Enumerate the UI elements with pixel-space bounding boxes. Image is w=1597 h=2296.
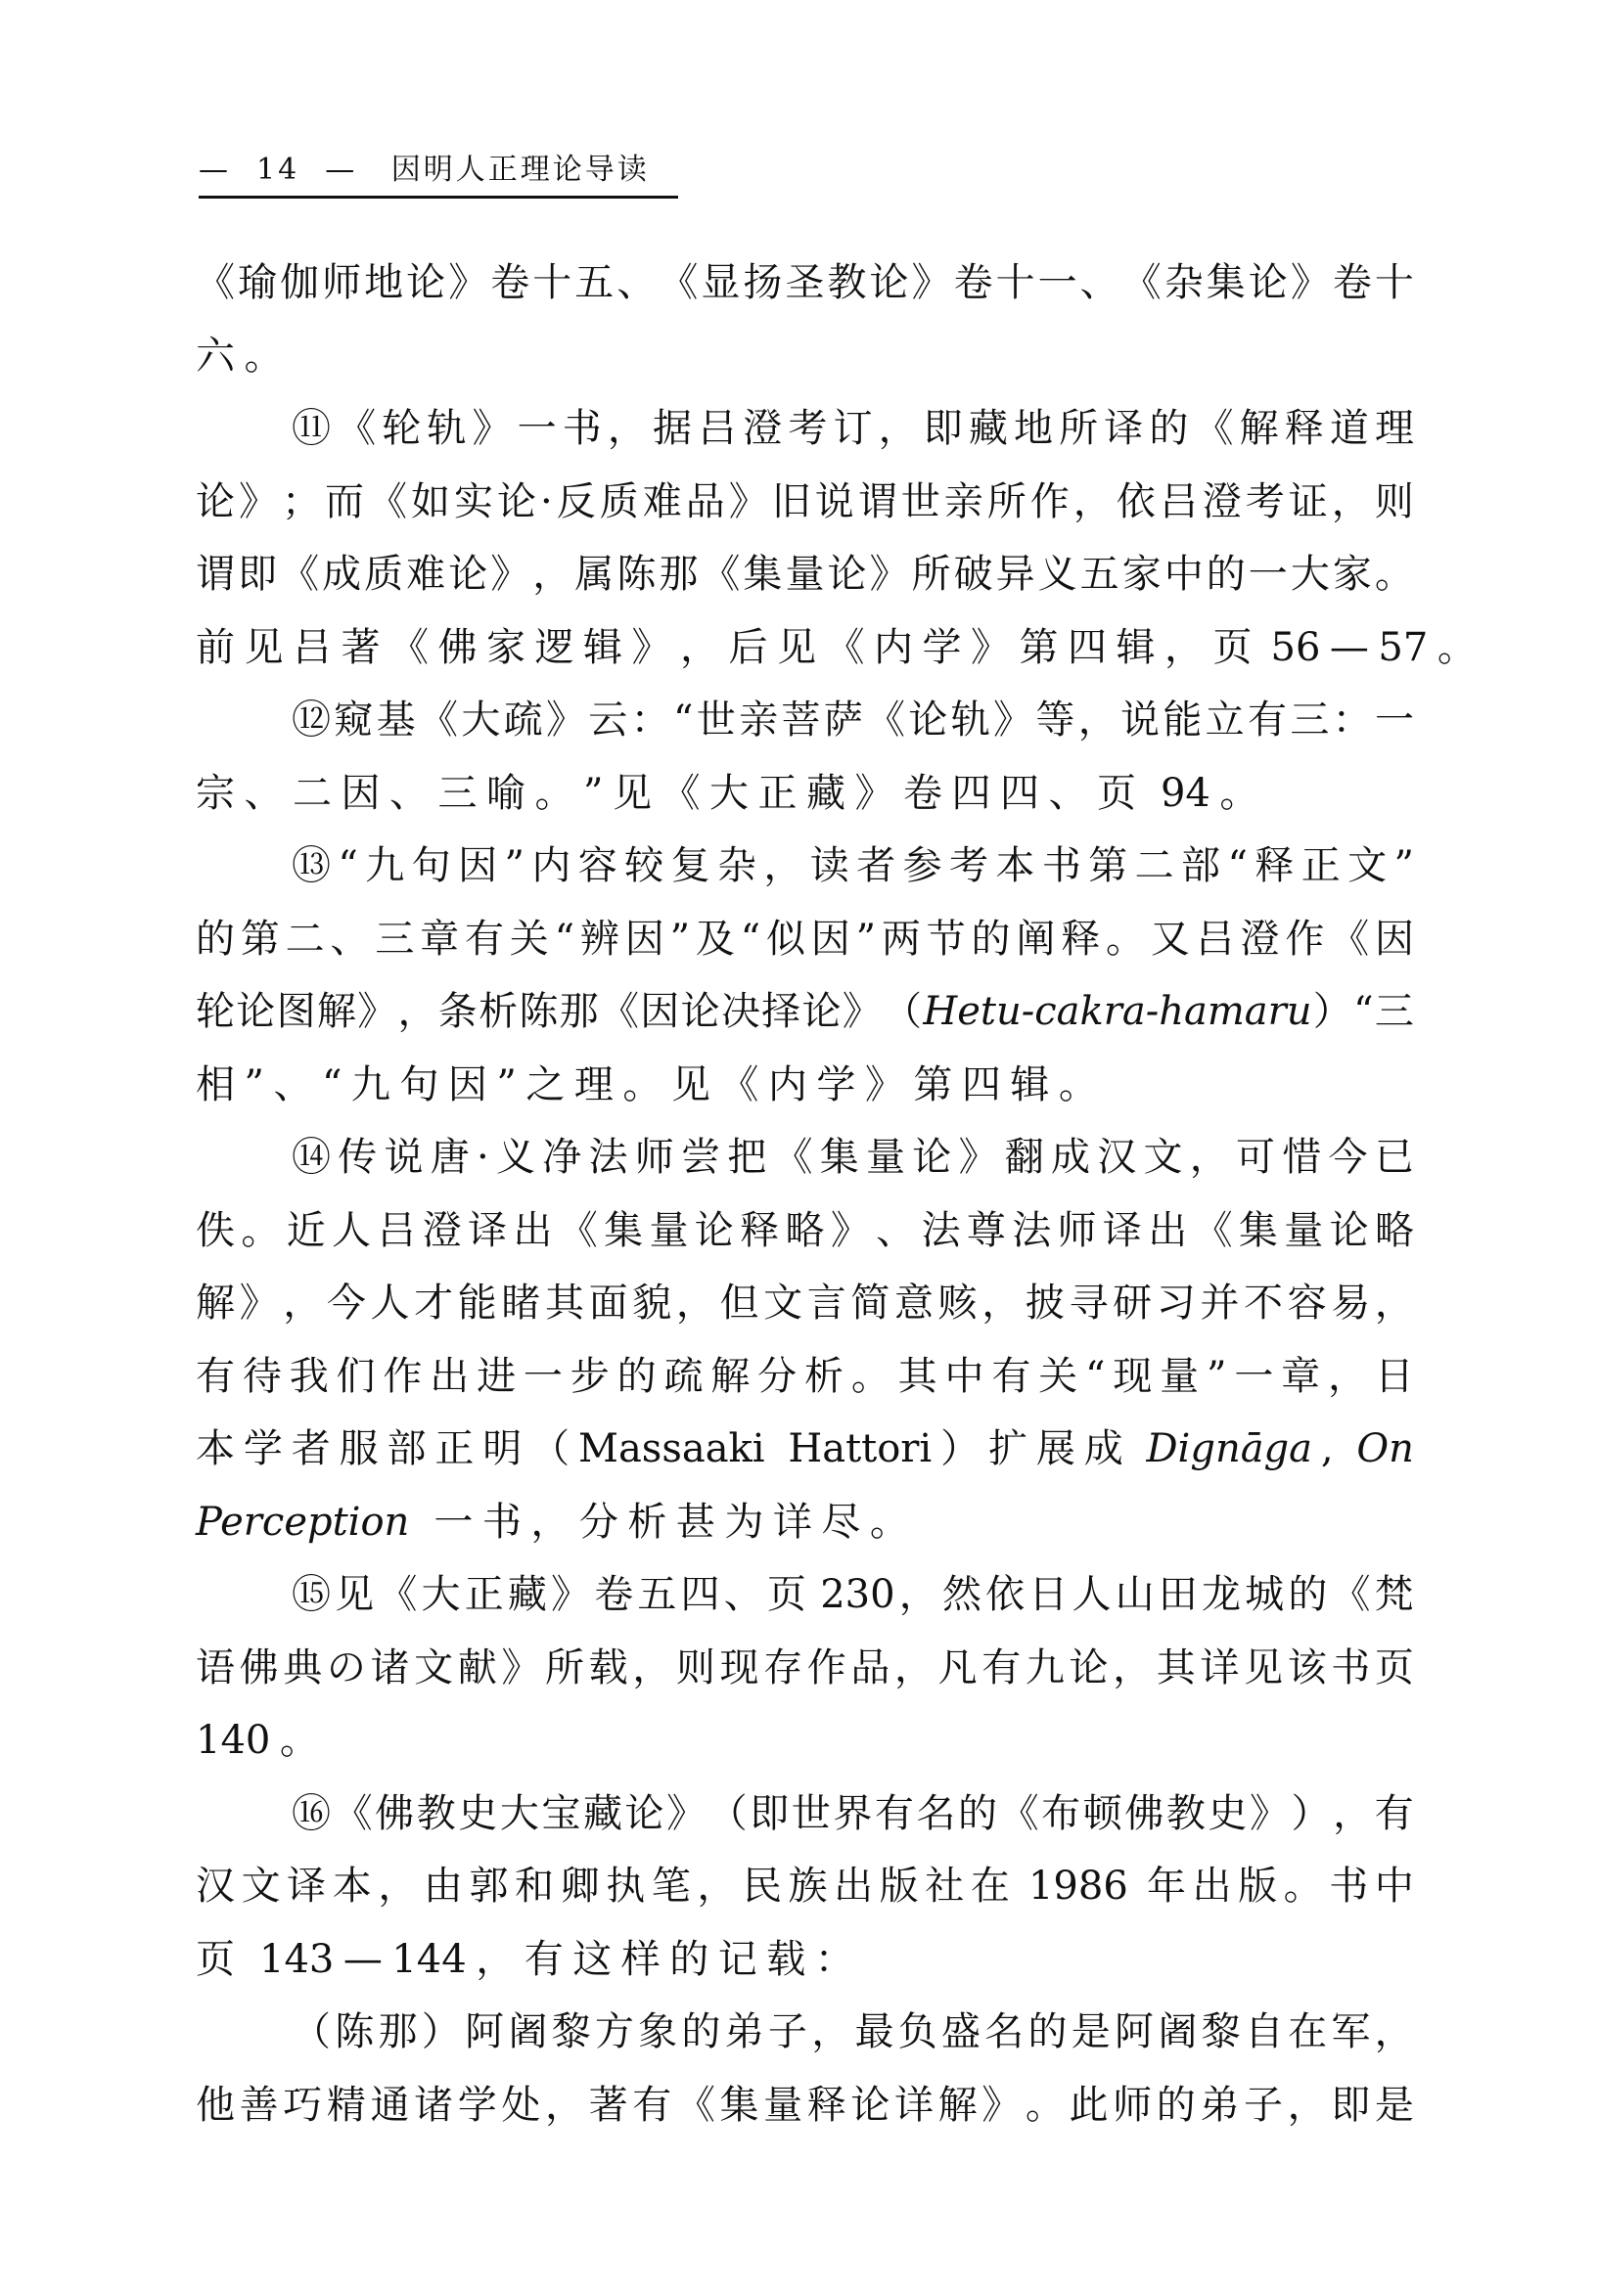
header-dash-left: — — [199, 153, 231, 187]
text-line: 语佛典の诸文献》所载，则现存作品，凡有九论，其详见该书页 — [196, 1632, 1414, 1705]
continuation-paragraph: 《瑜伽师地论》卷十五、《显扬圣教论》卷十一、《杂集论》卷十六。 — [196, 247, 1414, 392]
text-line: ⑫窥基《大疏》云：“世亲菩萨《论轨》等，说能立有三：一 — [196, 684, 1414, 757]
footnote-14: ⑭传说唐·义净法师尝把《集量论》翻成汉文，可惜今已佚。近人吕澄译出《集量论释略》… — [196, 1121, 1414, 1558]
text-line: 140。 — [196, 1704, 1414, 1778]
footnote-11: ⑪《轮轨》一书，据吕澄考订，即藏地所译的《解释道理论》；而《如实论·反质难品》旧… — [196, 392, 1414, 684]
text-line: 页143—144，有这样的记载： — [196, 1923, 1414, 1997]
header-dash-right: — — [325, 153, 357, 187]
text-line: ⑯《佛教史大宝藏论》（即世界有名的《布顿佛教史》），有 — [196, 1778, 1414, 1851]
text-line: ⑬“九句因”内容较复杂，读者参考本书第二部“释正文” — [196, 830, 1414, 903]
continuation-paragraph: （陈那）阿阇黎方象的弟子，最负盛名的是阿阇黎自在军，他善巧精通诸学处，著有《集量… — [196, 1996, 1414, 2141]
text-line: 宗、二因、三喻。”见《大正藏》卷四四、页94。 — [196, 757, 1414, 831]
text-line: 有待我们作出进一步的疏解分析。其中有关“现量”一章，日 — [196, 1340, 1414, 1414]
text-line: ⑮见《大正藏》卷五四、页230，然依日人山田龙城的《梵 — [196, 1558, 1414, 1632]
footnote-15: ⑮见《大正藏》卷五四、页230，然依日人山田龙城的《梵语佛典の诸文献》所载，则现… — [196, 1558, 1414, 1778]
text-line: ⑭传说唐·义净法师尝把《集量论》翻成汉文，可惜今已 — [196, 1121, 1414, 1194]
text-line: 汉文译本，由郭和卿执笔，民族出版社在1986年出版。书中 — [196, 1850, 1414, 1923]
text-line: Perception一书，分析甚为详尽。 — [196, 1486, 1414, 1559]
text-line: 的第二、三章有关“辨因”及“似因”两节的阐释。又吕澄作《因 — [196, 903, 1414, 976]
text-line: 佚。近人吕澄译出《集量论释略》、法尊法师译出《集量论略 — [196, 1194, 1414, 1268]
text-line: 解》，今人才能睹其面貌，但文言简意赅，披寻研习并不容易， — [196, 1267, 1414, 1340]
page-number: 14 — [256, 153, 299, 187]
footnote-16: ⑯《佛教史大宝藏论》（即世界有名的《布顿佛教史》），有汉文译本，由郭和卿执笔，民… — [196, 1778, 1414, 1997]
text-line: 轮论图解》，条析陈那《因论决择论》（Hetu-cakra-hamaru）“三 — [196, 975, 1414, 1049]
running-header: —14— 因明人正理论导读 — [199, 149, 678, 199]
footnotes-body: 《瑜伽师地论》卷十五、《显扬圣教论》卷十一、《杂集论》卷十六。⑪《轮轨》一书，据… — [196, 247, 1414, 2141]
text-line: ⑪《轮轨》一书，据吕澄考订，即藏地所译的《解释道理 — [196, 392, 1414, 466]
text-line: 《瑜伽师地论》卷十五、《显扬圣教论》卷十一、《杂集论》卷十 — [196, 247, 1414, 320]
text-line: 本学者服部正明（MassaakiHattori）扩展成Dignāga,On — [196, 1413, 1414, 1486]
text-line: 他善巧精通诸学处，著有《集量释论详解》。此师的弟子，即是 — [196, 2069, 1414, 2142]
text-line: 谓即《成质难论》，属陈那《集量论》所破异义五家中的一大家。 — [196, 538, 1414, 611]
book-title: 因明人正理论导读 — [391, 153, 650, 187]
footnote-12: ⑫窥基《大疏》云：“世亲菩萨《论轨》等，说能立有三：一宗、二因、三喻。”见《大正… — [196, 684, 1414, 830]
footnote-13: ⑬“九句因”内容较复杂，读者参考本书第二部“释正文”的第二、三章有关“辨因”及“… — [196, 830, 1414, 1121]
text-line: 相”、“九句因”之理。见《内学》第四辑。 — [196, 1049, 1414, 1122]
text-line: （陈那）阿阇黎方象的弟子，最负盛名的是阿阇黎自在军， — [196, 1996, 1414, 2069]
text-line: 六。 — [196, 320, 1414, 393]
text-line: 论》；而《如实论·反质难品》旧说谓世亲所作，依吕澄考证，则 — [196, 466, 1414, 539]
text-line: 前见吕著《佛家逻辑》，后见《内学》第四辑，页56—57。 — [196, 611, 1414, 685]
